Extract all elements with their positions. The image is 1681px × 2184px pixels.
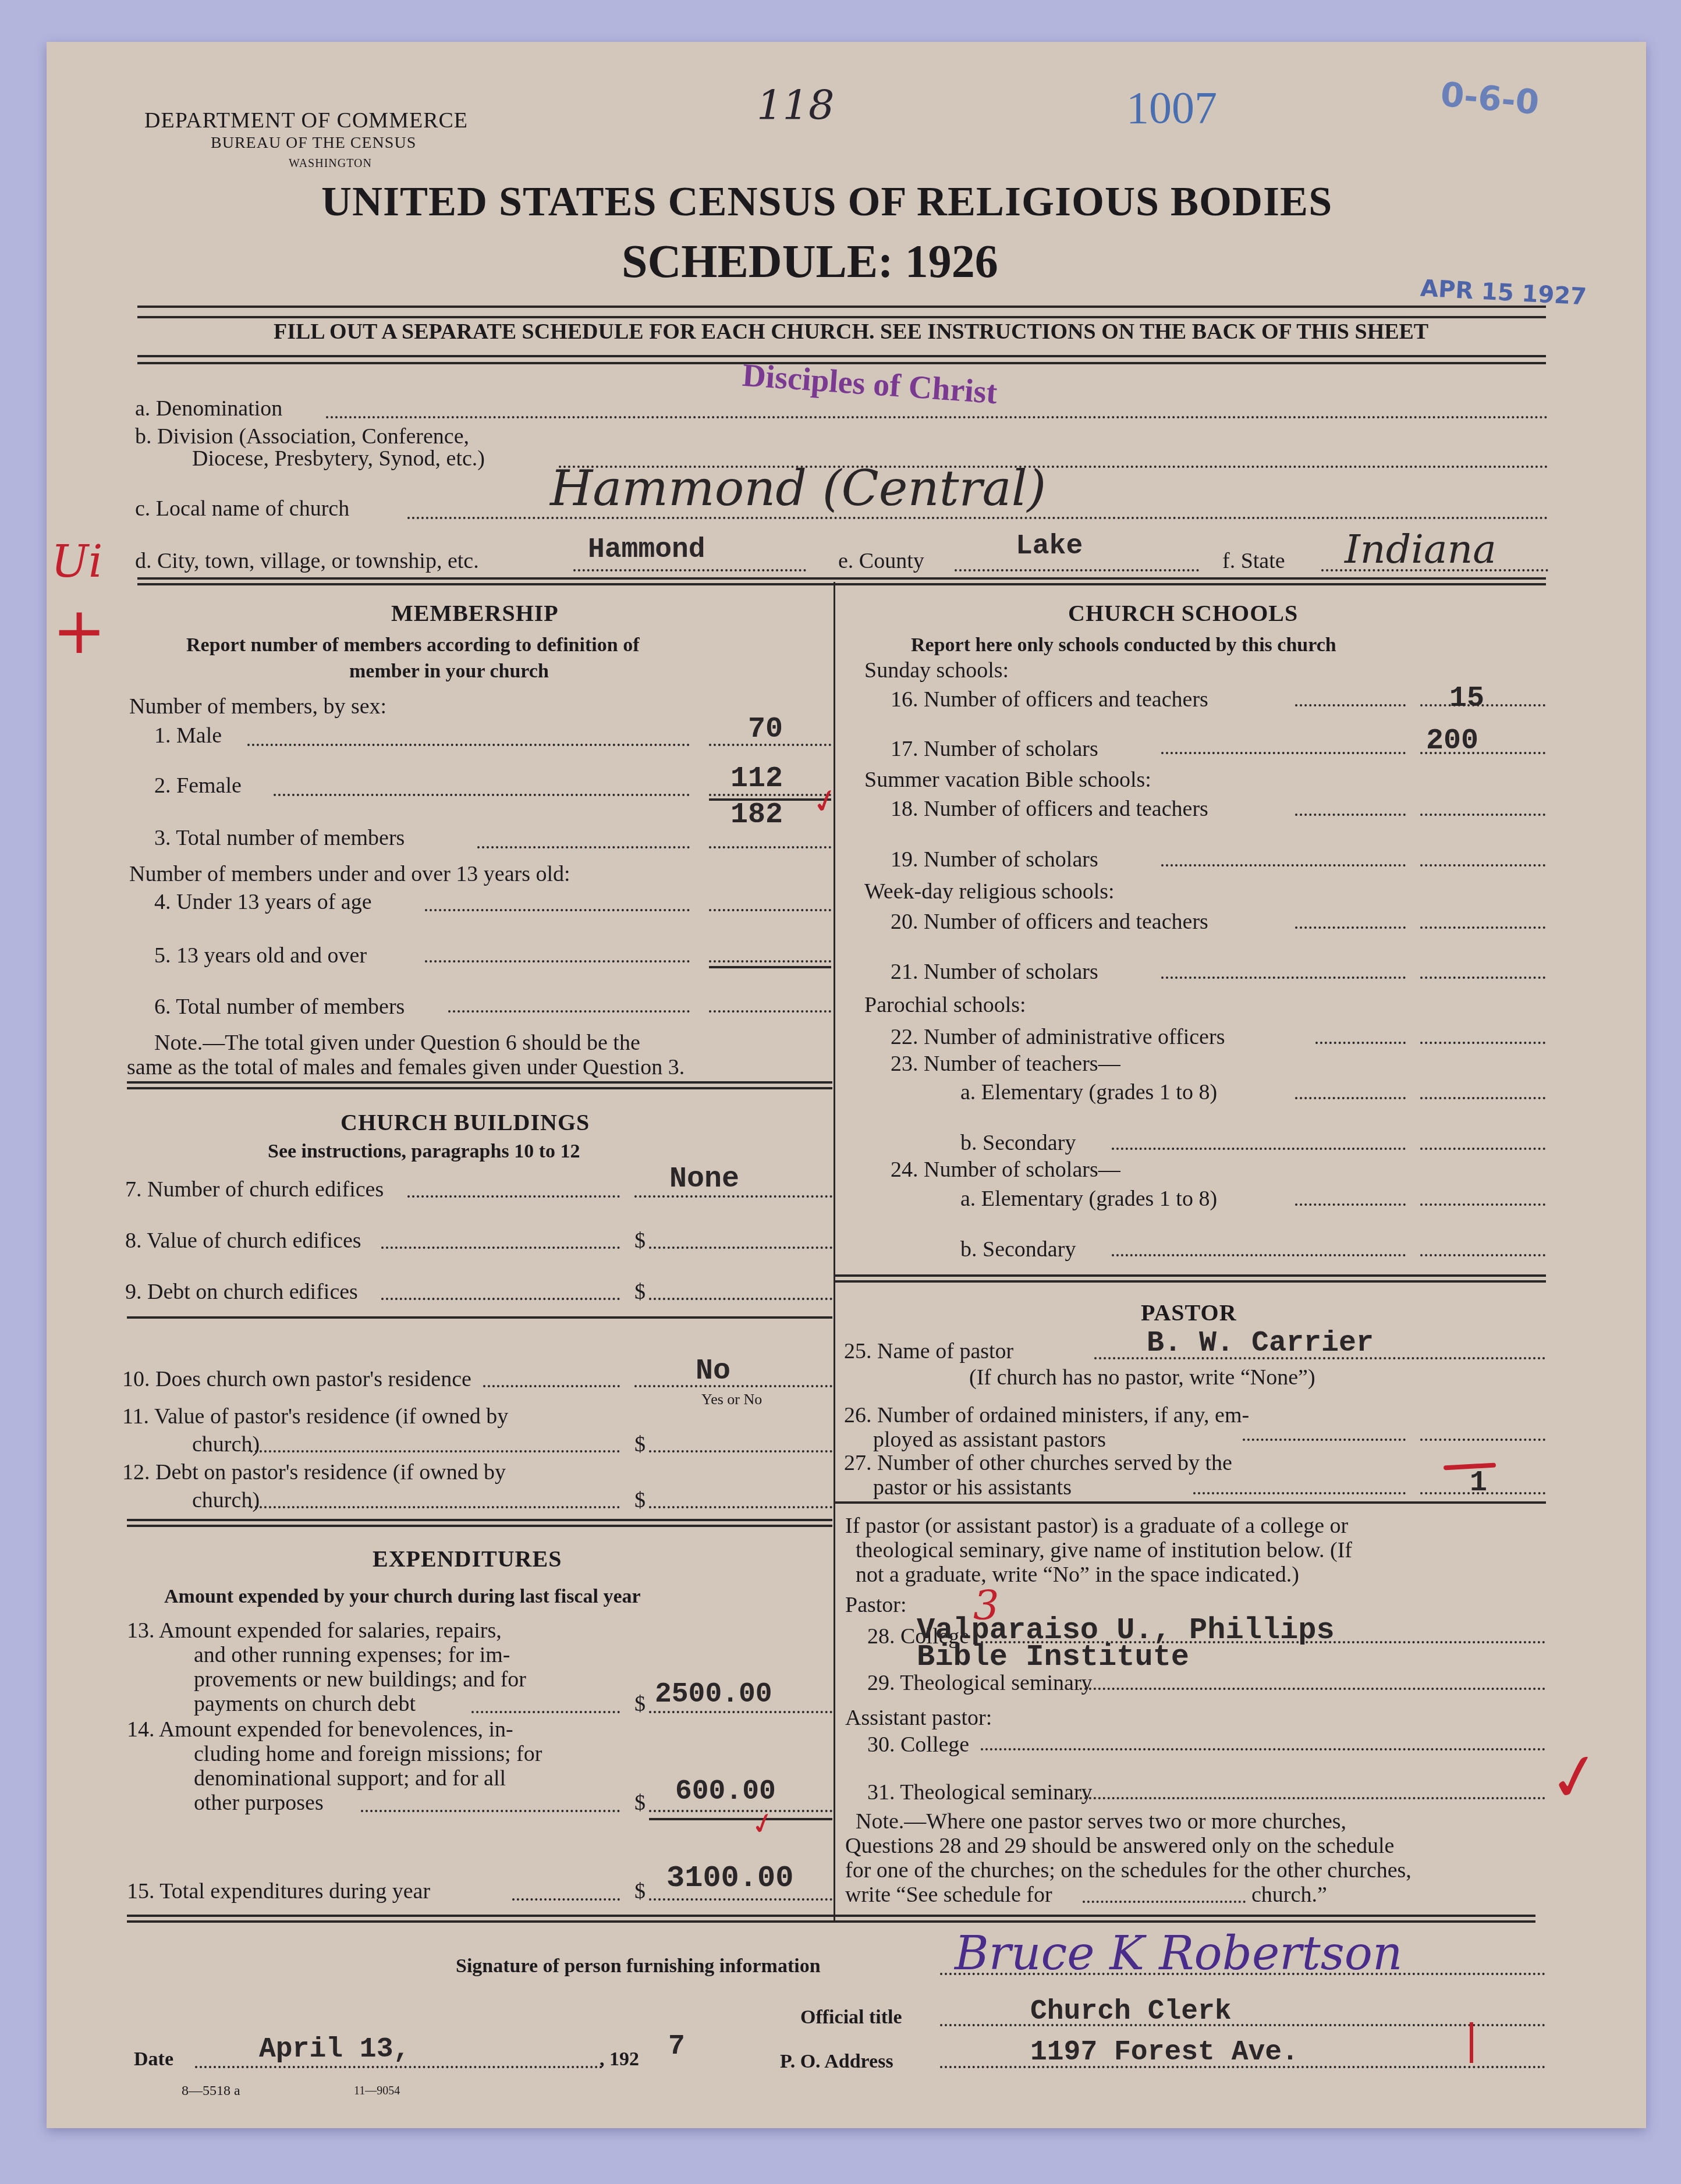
denomination-field[interactable] — [326, 416, 1548, 418]
q26-field[interactable] — [1420, 1439, 1545, 1441]
residence-debt-label-1: 12. Debt on pastor's residence (if owned… — [122, 1459, 506, 1485]
q22-leader — [1315, 1042, 1406, 1044]
exp14-line-3: denominational support; and for all — [194, 1766, 506, 1791]
edifices-debt-dollar: $ — [634, 1279, 646, 1305]
q22-field[interactable] — [1420, 1042, 1545, 1044]
exp14-value: 600.00 — [675, 1776, 776, 1807]
over-13-leader — [425, 960, 690, 963]
q16-value: 15 — [1449, 682, 1484, 715]
q24b-label: b. Secondary — [960, 1237, 1076, 1262]
q23b-field[interactable] — [1420, 1148, 1545, 1150]
graduate-instructions-1: If pastor (or assistant pastor) is a gra… — [845, 1513, 1348, 1539]
q23b-leader — [1112, 1148, 1406, 1150]
by-age-label: Number of members under and over 13 year… — [129, 861, 570, 887]
pastor-name-hint: (If church has no pastor, write “None”) — [969, 1365, 1315, 1390]
edifices-count-label: 7. Number of church edifices — [125, 1177, 384, 1202]
po-address-label: P. O. Address — [780, 2051, 893, 2073]
pastor-note-2: Questions 28 and 29 should be answered o… — [845, 1833, 1395, 1859]
q20-leader — [1295, 926, 1406, 929]
po-address-field[interactable] — [940, 2066, 1545, 2068]
q24-label: 24. Number of scholars— — [891, 1157, 1120, 1182]
residence-own-value: No — [696, 1355, 730, 1388]
expenditures-heading: EXPENDITURES — [373, 1545, 562, 1572]
total-members-leader — [477, 846, 690, 848]
q19-label: 19. Number of scholars — [891, 847, 1098, 872]
instruction-banner: FILL OUT A SEPARATE SCHEDULE FOR EACH CH… — [274, 319, 1428, 345]
male-field[interactable] — [709, 744, 831, 746]
exp15-value: 3100.00 — [666, 1861, 793, 1895]
q24b-field[interactable] — [1420, 1254, 1545, 1256]
residence-debt-label-2: church) — [192, 1487, 260, 1513]
q17-leader — [1161, 752, 1406, 754]
residence-debt-leader — [250, 1506, 620, 1508]
weekday-schools-label: Week-day religious schools: — [864, 879, 1115, 904]
exp15-label: 15. Total expenditures during year — [127, 1878, 430, 1904]
division-label-2: Diocese, Presbytery, Synod, etc.) — [192, 446, 485, 471]
date-field[interactable] — [195, 2066, 602, 2068]
buildings-subheading: See instructions, paragraphs 10 to 12 — [268, 1141, 580, 1163]
membership-note-1: Note.—The total given under Question 6 s… — [154, 1030, 640, 1056]
q27-field[interactable] — [1420, 1492, 1545, 1494]
total-members-label: 3. Total number of members — [154, 825, 405, 851]
edifices-count-leader — [407, 1195, 620, 1198]
year-suffix: 7 — [668, 2031, 685, 2062]
denomination-label: a. Denomination — [135, 396, 282, 421]
pastor-note-3: for one of the churches; on the schedule… — [845, 1858, 1412, 1883]
q24a-leader — [1295, 1203, 1406, 1206]
q16-field[interactable] — [1420, 704, 1545, 706]
membership-double-rule — [127, 1081, 832, 1089]
pastor-subsection-label: Pastor: — [845, 1592, 907, 1618]
see-schedule-field[interactable] — [1083, 1901, 1246, 1903]
yes-or-no-hint: Yes or No — [701, 1391, 762, 1408]
schools-subheading: Report here only schools conducted by th… — [911, 634, 1336, 656]
graduate-instructions-3: not a graduate, write “No” in the space … — [856, 1562, 1299, 1588]
stamped-number: 1007 — [1126, 81, 1217, 134]
edifices-value-field[interactable] — [649, 1247, 832, 1249]
buildings-double-rule — [127, 1519, 832, 1527]
male-leader — [247, 744, 690, 746]
signature-field[interactable] — [940, 1973, 1545, 1975]
schools-double-rule — [835, 1274, 1546, 1283]
residence-value-field[interactable] — [649, 1450, 832, 1453]
exp14-line-4: other purposes — [194, 1790, 324, 1816]
q21-field[interactable] — [1420, 976, 1545, 979]
exp14-field[interactable] — [649, 1810, 832, 1812]
form-title: UNITED STATES CENSUS OF RELIGIOUS BODIES — [321, 177, 1332, 226]
exp14-dollar: $ — [634, 1790, 646, 1816]
q26-label-1: 26. Number of ordained ministers, if any… — [844, 1402, 1249, 1428]
pastor-rule — [835, 1501, 1546, 1504]
exp13-dollar: $ — [634, 1691, 646, 1717]
exp14-leader — [361, 1810, 620, 1812]
exp-sum-rule — [649, 1818, 832, 1820]
q26-label-2: ployed as assistant pastors — [873, 1427, 1106, 1453]
under-13-label: 4. Under 13 years of age — [154, 889, 372, 915]
asst-seminary-label: 31. Theological seminary — [867, 1780, 1093, 1805]
male-label: 1. Male — [154, 723, 222, 748]
q17-label: 17. Number of scholars — [891, 736, 1098, 762]
edifices-debt-field[interactable] — [649, 1298, 832, 1300]
under-13-leader — [425, 909, 690, 911]
state-label: f. State — [1222, 548, 1285, 574]
q24b-leader — [1112, 1254, 1406, 1256]
residence-value-label-1: 11. Value of pastor's residence (if owne… — [122, 1404, 508, 1429]
q18-leader — [1295, 814, 1406, 816]
residence-value-leader — [250, 1450, 620, 1453]
pastor-note-4: write “See schedule for — [845, 1882, 1052, 1908]
total-by-age-label: 6. Total number of members — [154, 994, 405, 1020]
q22-label: 22. Number of administrative officers — [891, 1024, 1225, 1050]
q16-label: 16. Number of officers and teachers — [891, 687, 1208, 712]
over-13-label: 5. 13 years old and over — [154, 943, 367, 968]
edifices-count-value: None — [669, 1163, 739, 1196]
form-number: 8—5518 a — [182, 2083, 240, 2099]
expenditures-subheading: Amount expended by your church during la… — [164, 1586, 641, 1608]
state-field[interactable] — [1321, 569, 1548, 571]
membership-subheading-1: Report number of members according to de… — [186, 634, 639, 656]
pastor-note-1: Note.—Where one pastor serves two or mor… — [856, 1809, 1346, 1834]
residence-value-label-2: church) — [192, 1432, 260, 1457]
q20-field[interactable] — [1420, 926, 1545, 929]
under-13-field[interactable] — [709, 909, 831, 911]
q19-field[interactable] — [1420, 864, 1545, 867]
q26-leader — [1243, 1439, 1406, 1441]
bottom-red-mark — [1470, 2022, 1473, 2063]
official-title-value: Church Clerk — [1030, 1996, 1232, 2027]
state-value: Indiana — [1345, 527, 1496, 573]
local-name-label: c. Local name of church — [135, 496, 349, 521]
city-label: d. City, town, village, or township, etc… — [135, 548, 479, 574]
sunday-schools-label: Sunday schools: — [864, 658, 1009, 683]
signature-label: Signature of person furnishing informati… — [456, 1955, 821, 1977]
q23-label: 23. Number of teachers— — [891, 1051, 1120, 1077]
handwritten-file-number: 118 — [757, 81, 835, 129]
q27-label-1: 27. Number of other churches served by t… — [844, 1450, 1232, 1476]
footer-double-rule — [127, 1915, 1535, 1923]
pastor-note-4-end: church.” — [1251, 1882, 1327, 1908]
exp14-line-1: 14. Amount expended for benevolences, in… — [127, 1717, 513, 1742]
official-title-label: Official title — [800, 2007, 902, 2029]
residence-debt-dollar: $ — [634, 1487, 646, 1513]
local-name-value: Hammond (Central) — [550, 460, 1046, 517]
margin-mark-ui: Ui — [51, 535, 102, 587]
female-value: 112 — [730, 762, 783, 796]
graduate-instructions-2: theological seminary, give name of insti… — [856, 1537, 1352, 1563]
female-leader — [274, 794, 690, 796]
q21-leader — [1161, 976, 1406, 979]
stamped-code: 0-6-0 — [1439, 74, 1541, 122]
male-value: 70 — [748, 713, 783, 746]
residence-own-leader — [483, 1385, 620, 1387]
q18-label: 18. Number of officers and teachers — [891, 796, 1208, 822]
residence-own-label: 10. Does church own pastor's residence — [122, 1366, 471, 1392]
summer-schools-label: Summer vacation Bible schools: — [864, 767, 1151, 793]
asst-college-label: 30. College — [867, 1732, 969, 1757]
schools-heading: CHURCH SCHOOLS — [1068, 599, 1298, 627]
pastor-name-field[interactable] — [1094, 1357, 1545, 1359]
local-name-field[interactable] — [407, 517, 1548, 519]
by-sex-label: Number of members, by sex: — [129, 694, 386, 719]
assistant-pastor-label: Assistant pastor: — [845, 1705, 992, 1731]
print-number: 11—9054 — [354, 2084, 400, 2098]
date-value: April 13, — [259, 2034, 410, 2065]
exp15-leader — [512, 1898, 620, 1901]
exp13-field[interactable] — [649, 1711, 832, 1713]
year-prefix: , 192 — [600, 2048, 639, 2071]
over-13-field[interactable] — [709, 960, 831, 963]
total-members-field[interactable] — [709, 846, 831, 848]
county-label: e. County — [838, 548, 924, 574]
city-field[interactable] — [573, 569, 806, 571]
asst-seminary-field[interactable] — [1080, 1797, 1545, 1799]
date-label: Date — [134, 2048, 173, 2071]
official-title-field[interactable] — [940, 2024, 1545, 2026]
po-address-value: 1197 Forest Ave. — [1030, 2037, 1299, 2068]
edifices-value-leader — [381, 1247, 620, 1249]
edifices-value-dollar: $ — [634, 1228, 646, 1253]
exp14-line-2: cluding home and foreign missions; for — [194, 1741, 542, 1767]
q23a-label: a. Elementary (grades 1 to 8) — [960, 1079, 1217, 1105]
membership-note-2: same as the total of males and females g… — [127, 1054, 685, 1080]
q20-label: 20. Number of officers and teachers — [891, 909, 1208, 935]
q24a-field[interactable] — [1420, 1203, 1545, 1206]
residence-value-dollar: $ — [634, 1432, 646, 1457]
q17-field[interactable] — [1420, 752, 1545, 754]
exp13-leader — [471, 1711, 620, 1713]
female-label: 2. Female — [154, 773, 242, 798]
seminary-label: 29. Theological seminary — [867, 1670, 1093, 1696]
margin-mark-plus: + — [52, 594, 106, 668]
pastor-name-label: 25. Name of pastor — [844, 1338, 1013, 1364]
residence-debt-field[interactable] — [649, 1506, 832, 1508]
q27-value: 1 — [1470, 1466, 1487, 1500]
exp13-line-1: 13. Amount expended for salaries, repair… — [127, 1618, 502, 1643]
age-sum-rule — [709, 966, 831, 968]
identification-double-rule — [137, 577, 1546, 585]
q27-label-2: pastor or his assistants — [873, 1475, 1072, 1500]
city-value: Hammond — [588, 534, 705, 566]
q23a-leader — [1295, 1097, 1406, 1099]
buildings-rule — [127, 1316, 832, 1319]
exp13-value: 2500.00 — [655, 1679, 772, 1710]
edifices-debt-label: 9. Debt on church edifices — [125, 1279, 358, 1305]
bureau-name: BUREAU OF THE CENSUS — [211, 134, 416, 152]
schedule-title: SCHEDULE: 1926 — [622, 236, 998, 289]
bureau-city: WASHINGTON — [289, 157, 372, 171]
parochial-schools-label: Parochial schools: — [864, 992, 1026, 1018]
edifices-debt-leader — [381, 1298, 620, 1300]
total-members-value: 182 — [730, 798, 783, 832]
q23a-field[interactable] — [1420, 1097, 1545, 1099]
exp13-line-3: provements or new buildings; and for — [194, 1667, 526, 1692]
total-by-age-leader — [448, 1010, 690, 1013]
membership-subheading-2: member in your church — [349, 660, 549, 683]
q21-label: 21. Number of scholars — [891, 959, 1098, 985]
q23b-label: b. Secondary — [960, 1130, 1076, 1156]
q16-leader — [1295, 704, 1406, 706]
exp15-field[interactable] — [649, 1898, 832, 1901]
exp13-line-4: payments on church debt — [194, 1691, 416, 1717]
membership-heading: MEMBERSHIP — [391, 599, 559, 627]
buildings-heading: CHURCH BUILDINGS — [341, 1109, 590, 1136]
county-value: Lake — [1016, 531, 1083, 562]
edifices-count-field[interactable] — [634, 1195, 832, 1198]
college-value-2: Bible Institute — [917, 1640, 1189, 1674]
q24a-label: a. Elementary (grades 1 to 8) — [960, 1186, 1217, 1212]
asst-college-field[interactable] — [981, 1748, 1545, 1750]
seminary-field[interactable] — [1080, 1688, 1545, 1690]
exp13-line-2: and other running expenses; for im- — [194, 1642, 510, 1668]
residence-own-field[interactable] — [634, 1385, 832, 1387]
q18-field[interactable] — [1420, 814, 1545, 816]
pastor-heading: PASTOR — [1141, 1299, 1237, 1326]
q27-leader — [1193, 1492, 1406, 1494]
total-by-age-field[interactable] — [709, 1010, 831, 1013]
exp15-dollar: $ — [634, 1878, 646, 1904]
pastor-name-value: B. W. Carrier — [1147, 1327, 1374, 1360]
header-double-rule — [137, 306, 1546, 318]
q19-leader — [1161, 864, 1406, 867]
department-name: DEPARTMENT OF COMMERCE — [144, 108, 468, 133]
county-field[interactable] — [955, 569, 1199, 571]
edifices-value-label: 8. Value of church edifices — [125, 1228, 361, 1253]
